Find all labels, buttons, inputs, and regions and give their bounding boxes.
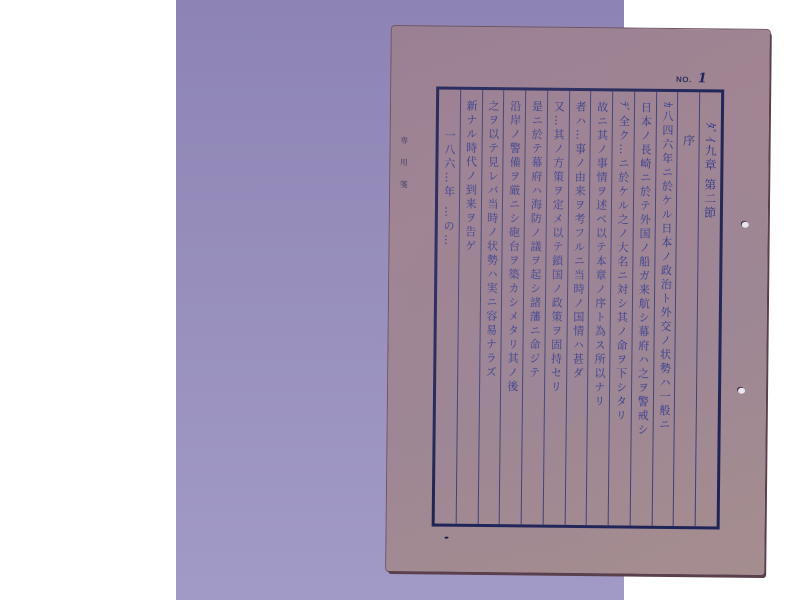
column-body: 日本ノ長崎ニ於テ外国ノ船ガ来航シ幕府ハ之ヲ警戒シ bbox=[630, 92, 656, 526]
handwriting-line: 又…其ノ方策ヲ定メ以テ鎖国ノ政策ヲ固持セリ bbox=[546, 91, 567, 525]
handwriting-line: 故ニ其ノ事情ヲ述ベ以テ本章ノ序ト為ス所以ナリ bbox=[589, 91, 610, 525]
binding-hole bbox=[742, 222, 749, 228]
column-body: 故ニ其ノ事情ヲ述ベ以テ本章ノ序ト為ス所以ナリ bbox=[586, 91, 612, 525]
binding-hole bbox=[738, 388, 745, 394]
ruled-frame: ﾀﾞｲ九章 第二節 序 ｶ八四六年ニ於ケル日本ノ政治ト外交ノ状勢ハ一般ニ 日本ノ… bbox=[432, 87, 725, 530]
column-body: 新ナル時代ノ到来ヲ告ゲ bbox=[455, 90, 481, 524]
column-body: ﾃﾞ全ク…ニ於ケル之ノ大名ニ対シ其ノ命ヲ下シタリ bbox=[608, 91, 634, 525]
column-title: ﾀﾞｲ九章 第二節 bbox=[695, 92, 721, 526]
ink-speck bbox=[444, 537, 448, 539]
column-body: 者ハ…事ノ由来ヲ考フルニ当時ノ国情ハ甚ダ bbox=[564, 91, 590, 525]
handwriting-line: 是ニ於テ幕府ハ海防ノ議ヲ起シ諸藩ニ命ジテ bbox=[524, 90, 545, 524]
column-body: 之ヲ以テ見レバ当時ノ状勢ハ実ニ容易ナラズ bbox=[477, 90, 503, 524]
page-number-value: 1 bbox=[698, 71, 708, 86]
page-number: NO.1 bbox=[676, 71, 707, 86]
handwriting-line: 日本ノ長崎ニ於テ外国ノ船ガ来航シ幕府ハ之ヲ警戒シ bbox=[633, 92, 654, 526]
handwriting-line: 新ナル時代ノ到来ヲ告ゲ bbox=[459, 90, 480, 524]
section-heading: 一八六…年 …の… bbox=[437, 90, 458, 524]
photo-background: NO.1 専用箋 ﾀﾞｲ九章 第二節 序 ｶ八四六年ニ於ケル日本ノ政治ト外交ノ状… bbox=[176, 0, 624, 600]
handwriting-line: ﾃﾞ全ク…ニ於ケル之ノ大名ニ対シ其ノ命ヲ下シタリ bbox=[611, 91, 632, 525]
handwriting-line: 沿岸ノ警備ヲ厳ニシ砲台ヲ築カシメタリ其ノ後 bbox=[502, 90, 523, 524]
column-body: 是ニ於テ幕府ハ海防ノ議ヲ起シ諸藩ニ命ジテ bbox=[521, 90, 547, 524]
heading-text: 序 bbox=[677, 92, 696, 526]
handwriting-line: 者ハ…事ノ由来ヲ考フルニ当時ノ国情ハ甚ダ bbox=[568, 91, 589, 525]
column-body: 沿岸ノ警備ヲ厳ニシ砲台ヲ築カシメタリ其ノ後 bbox=[499, 90, 525, 524]
manuscript-page: NO.1 専用箋 ﾀﾞｲ九章 第二節 序 ｶ八四六年ニ於ケル日本ノ政治ト外交ノ状… bbox=[386, 26, 770, 575]
column-body: 又…其ノ方策ヲ定メ以テ鎖国ノ政策ヲ固持セリ bbox=[543, 91, 569, 525]
margin-label: 専用箋 bbox=[404, 136, 417, 202]
handwriting-line: ｶ八四六年ニ於ケル日本ノ政治ト外交ノ状勢ハ一般ニ bbox=[655, 92, 676, 526]
column-heading: 序 bbox=[673, 92, 699, 526]
title-text: ﾀﾞｲ九章 第二節 bbox=[699, 92, 718, 526]
handwriting-line: 之ヲ以テ見レバ当時ノ状勢ハ実ニ容易ナラズ bbox=[481, 90, 502, 524]
page-number-label: NO. bbox=[676, 75, 692, 84]
column-body: ｶ八四六年ニ於ケル日本ノ政治ト外交ノ状勢ハ一般ニ bbox=[651, 92, 677, 526]
